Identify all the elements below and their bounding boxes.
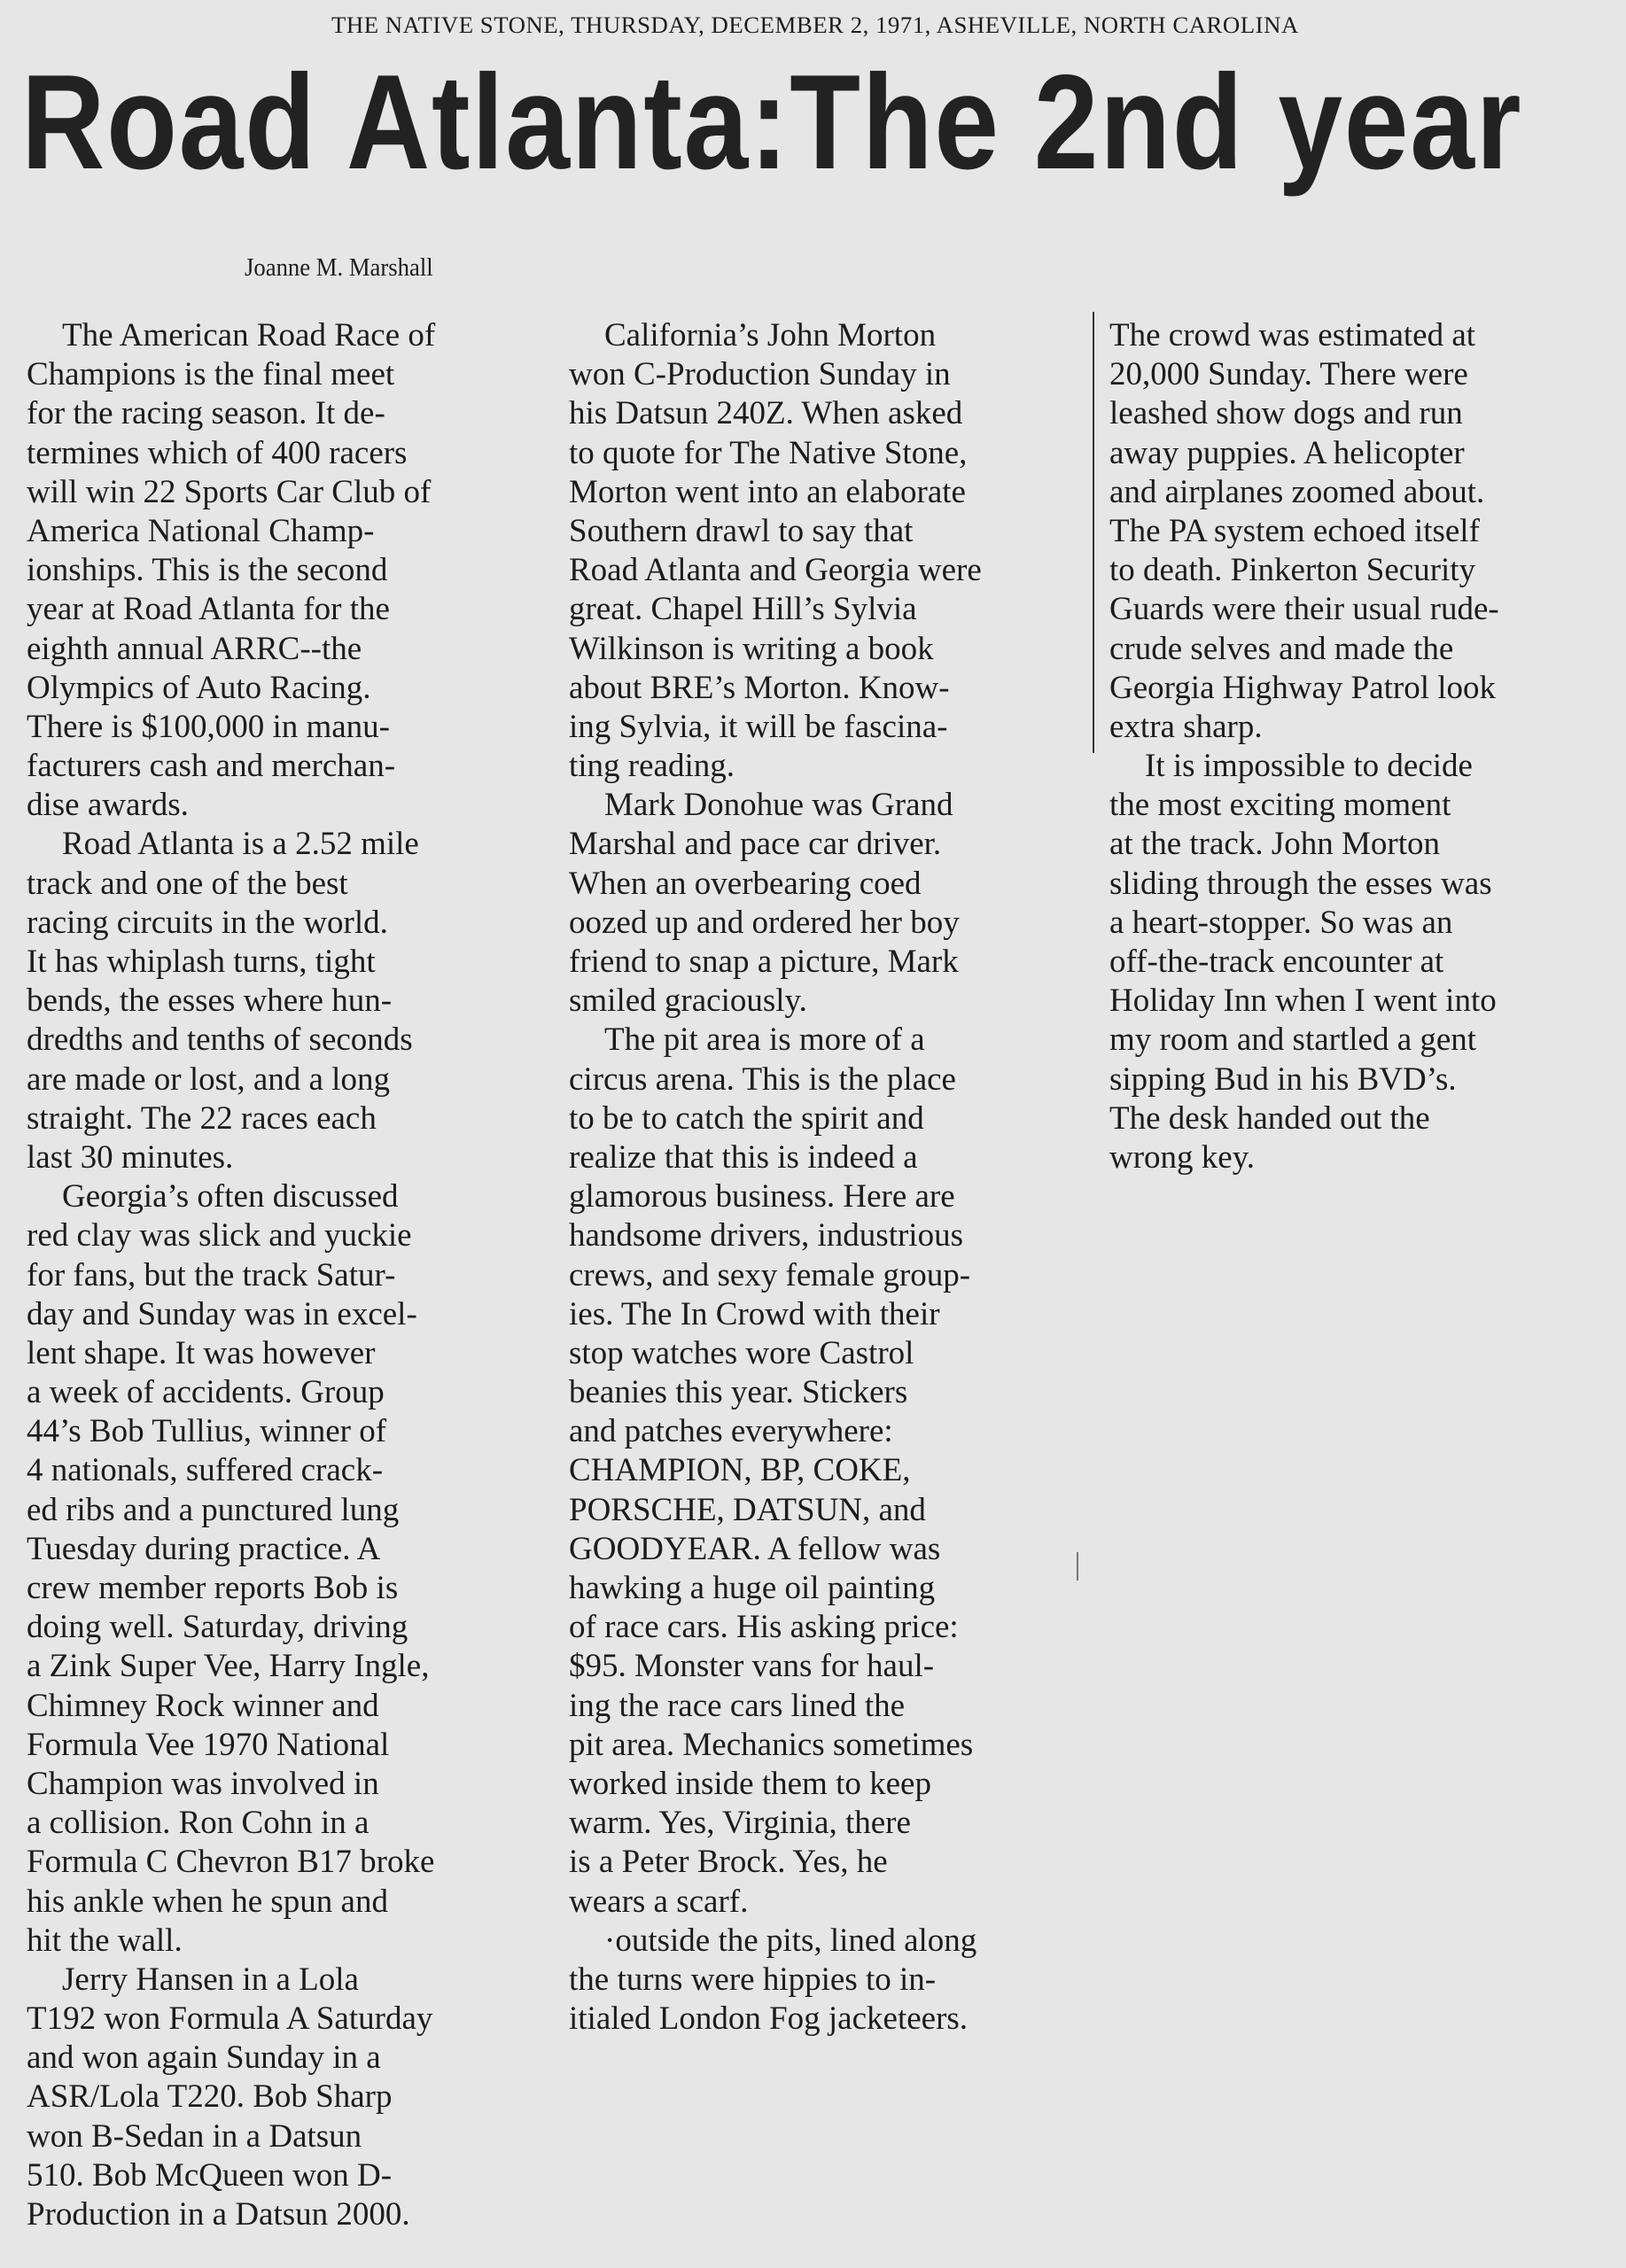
text-line: and airplanes zoomed about. — [1109, 473, 1499, 512]
text-line: facturers cash and merchan- — [27, 747, 435, 786]
text-line: Tuesday during practice. A — [27, 1530, 435, 1569]
text-line: dise awards. — [27, 786, 435, 825]
text-line: wrong key. — [1109, 1138, 1499, 1177]
text-line: the turns were hippies to in- — [569, 1961, 982, 2000]
text-line: Holiday Inn when I went into — [1109, 982, 1499, 1021]
article-column-3: The crowd was estimated at20,000 Sunday.… — [1109, 316, 1499, 1177]
text-line: my room and startled a gent — [1109, 1021, 1499, 1060]
byline: Joanne M. Marshall — [245, 253, 433, 283]
text-line: Champion was involved in — [27, 1765, 435, 1804]
text-line: beanies this year. Stickers — [569, 1373, 982, 1412]
text-line: doing well. Saturday, driving — [27, 1608, 435, 1647]
text-line: Road Atlanta and Georgia were — [569, 551, 982, 590]
text-line: Champions is the final meet — [27, 355, 435, 394]
text-line: ting reading. — [569, 747, 982, 786]
text-line: warm. Yes, Virginia, there — [569, 1804, 982, 1843]
text-line: oozed up and ordered her boy — [569, 904, 982, 943]
text-line: Formula C Chevron B17 broke — [27, 1843, 435, 1882]
text-line: ing the race cars lined the — [569, 1687, 982, 1726]
article-column-1: The American Road Race ofChampions is th… — [27, 316, 435, 2234]
text-line: a week of accidents. Group — [27, 1373, 435, 1412]
text-line: sliding through the esses was — [1109, 865, 1499, 904]
text-line: sipping Bud in his BVD’s. — [1109, 1060, 1499, 1099]
text-line: to quote for The Native Stone, — [569, 434, 982, 473]
text-line: The crowd was estimated at — [1109, 316, 1499, 355]
text-line: T192 won Formula A Saturday — [27, 2000, 435, 2039]
text-line: year at Road Atlanta for the — [27, 590, 435, 629]
text-line: 510. Bob McQueen won D- — [27, 2156, 435, 2195]
text-line: $95. Monster vans for haul- — [569, 1647, 982, 1686]
text-line: ed ribs and a punctured lung — [27, 1491, 435, 1530]
text-line: to death. Pinkerton Security — [1109, 551, 1499, 590]
text-line: day and Sunday was in excel- — [27, 1295, 435, 1334]
text-line: crew member reports Bob is — [27, 1569, 435, 1608]
paragraph-first-line: Road Atlanta is a 2.52 mile — [27, 825, 435, 864]
text-line: of race cars. His asking price: — [569, 1608, 982, 1647]
text-line: PORSCHE, DATSUN, and — [569, 1491, 982, 1530]
text-line: eighth annual ARRC--the — [27, 630, 435, 669]
text-line: It has whiplash turns, tight — [27, 943, 435, 982]
text-line: circus arena. This is the place — [569, 1060, 982, 1099]
text-line: America National Champ- — [27, 512, 435, 551]
text-line: lent shape. It was however — [27, 1334, 435, 1373]
paragraph-first-line: Georgia’s often discussed — [27, 1177, 435, 1216]
text-line: leashed show dogs and run — [1109, 394, 1499, 433]
text-line: ies. The In Crowd with their — [569, 1295, 982, 1334]
text-line: GOODYEAR. A fellow was — [569, 1530, 982, 1569]
text-line: red clay was slick and yuckie — [27, 1216, 435, 1255]
text-line: When an overbearing coed — [569, 865, 982, 904]
text-line: smiled graciously. — [569, 982, 982, 1021]
text-line: won B-Sedan in a Datsun — [27, 2117, 435, 2156]
text-line: extra sharp. — [1109, 708, 1499, 747]
text-line: a collision. Ron Cohn in a — [27, 1804, 435, 1843]
text-line: Production in a Datsun 2000. — [27, 2195, 435, 2234]
text-line: CHAMPION, BP, COKE, — [569, 1451, 982, 1490]
text-line: worked inside them to keep — [569, 1765, 982, 1804]
text-line: There is $100,000 in manu- — [27, 708, 435, 747]
text-line: Georgia Highway Patrol look — [1109, 669, 1499, 708]
headline: Road Atlanta:The 2nd year — [21, 55, 1522, 190]
text-line: is a Peter Brock. Yes, he — [569, 1843, 982, 1882]
text-line: The PA system echoed itself — [1109, 512, 1499, 551]
text-line: termines which of 400 racers — [27, 434, 435, 473]
paragraph-first-line: The pit area is more of a — [569, 1021, 982, 1060]
text-line: 4 nationals, suffered crack- — [27, 1451, 435, 1490]
text-line: bends, the esses where hun- — [27, 982, 435, 1021]
column-divider — [1093, 312, 1094, 753]
text-line: friend to snap a picture, Mark — [569, 943, 982, 982]
text-line: straight. The 22 races each — [27, 1099, 435, 1138]
text-line: will win 22 Sports Car Club of — [27, 473, 435, 512]
dateline: THE NATIVE STONE, THURSDAY, DECEMBER 2, … — [331, 12, 1299, 39]
text-line: itialed London Fog jacketeers. — [569, 2000, 982, 2039]
text-line: crews, and sexy female group- — [569, 1256, 982, 1295]
text-line: Guards were their usual rude- — [1109, 590, 1499, 629]
text-line: great. Chapel Hill’s Sylvia — [569, 590, 982, 629]
text-line: ionships. This is the second — [27, 551, 435, 590]
paragraph-first-line: Mark Donohue was Grand — [569, 786, 982, 825]
text-line: Chimney Rock winner and — [27, 1687, 435, 1726]
text-line: for the racing season. It de- — [27, 394, 435, 433]
paragraph-first-line: The American Road Race of — [27, 316, 435, 355]
text-line: Morton went into an elaborate — [569, 473, 982, 512]
text-line: ing Sylvia, it will be fascina- — [569, 708, 982, 747]
text-line: his ankle when he spun and — [27, 1883, 435, 1922]
text-line: Wilkinson is writing a book — [569, 630, 982, 669]
text-line: his Datsun 240Z. When asked — [569, 394, 982, 433]
text-line: track and one of the best — [27, 865, 435, 904]
text-line: away puppies. A helicopter — [1109, 434, 1499, 473]
text-line: glamorous business. Here are — [569, 1177, 982, 1216]
text-line: won C-Production Sunday in — [569, 355, 982, 394]
paragraph-first-line: It is impossible to decide — [1109, 747, 1499, 786]
text-line: 44’s Bob Tullius, winner of — [27, 1412, 435, 1451]
text-line: ASR/Lola T220. Bob Sharp — [27, 2078, 435, 2117]
text-line: to be to catch the spirit and — [569, 1099, 982, 1138]
text-line: stop watches wore Castrol — [569, 1334, 982, 1373]
text-line: wears a scarf. — [569, 1883, 982, 1922]
text-line: realize that this is indeed a — [569, 1138, 982, 1177]
text-line: at the track. John Morton — [1109, 825, 1499, 864]
text-line: for fans, but the track Satur- — [27, 1256, 435, 1295]
text-line: 20,000 Sunday. There were — [1109, 355, 1499, 394]
text-line: last 30 minutes. — [27, 1138, 435, 1177]
text-line: off-the-track encounter at — [1109, 943, 1499, 982]
text-line: dredths and tenths of seconds — [27, 1021, 435, 1060]
text-line: and patches everywhere: — [569, 1412, 982, 1451]
text-line: a heart-stopper. So was an — [1109, 904, 1499, 943]
paragraph-first-line: Jerry Hansen in a Lola — [27, 1961, 435, 2000]
text-line: hit the wall. — [27, 1922, 435, 1961]
paragraph-first-line: California’s John Morton — [569, 316, 982, 355]
text-line: the most exciting moment — [1109, 786, 1499, 825]
text-line: Marshal and pace car driver. — [569, 825, 982, 864]
text-line: handsome drivers, industrious — [569, 1216, 982, 1255]
text-line: hawking a huge oil painting — [569, 1569, 982, 1608]
article-column-2: California’s John Mortonwon C-Production… — [569, 316, 982, 2039]
text-line: Olympics of Auto Racing. — [27, 669, 435, 708]
text-line: a Zink Super Vee, Harry Ingle, — [27, 1647, 435, 1686]
text-line: pit area. Mechanics sometimes — [569, 1726, 982, 1765]
text-line: about BRE’s Morton. Know- — [569, 669, 982, 708]
paragraph-first-line: ·outside the pits, lined along — [569, 1922, 982, 1961]
text-line: crude selves and made the — [1109, 630, 1499, 669]
text-line: Southern drawl to say that — [569, 512, 982, 551]
text-line: Formula Vee 1970 National — [27, 1726, 435, 1765]
text-line: are made or lost, and a long — [27, 1060, 435, 1099]
text-line: and won again Sunday in a — [27, 2039, 435, 2078]
text-line: racing circuits in the world. — [27, 904, 435, 943]
text-line: The desk handed out the — [1109, 1099, 1499, 1138]
print-artifact-mark — [1077, 1552, 1078, 1581]
